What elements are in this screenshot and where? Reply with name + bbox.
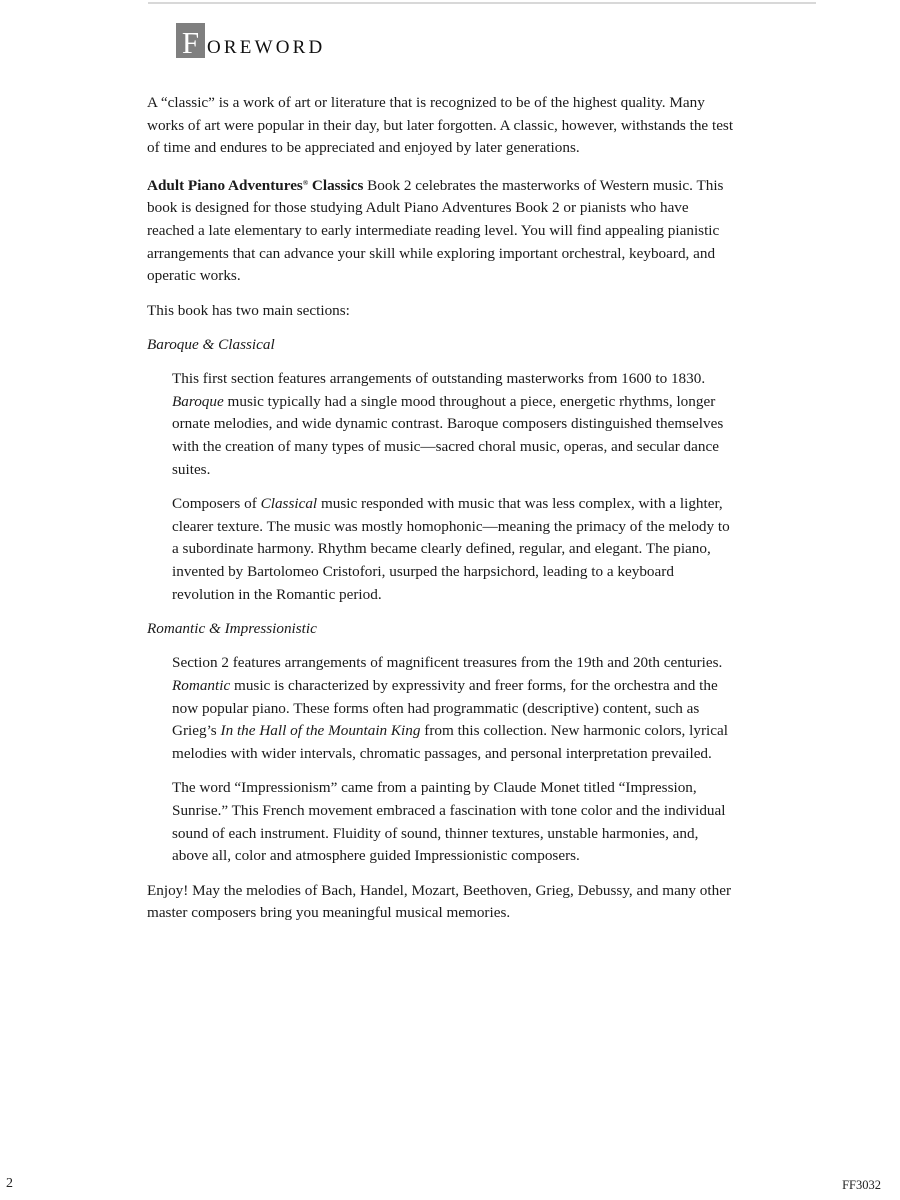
section-title-baroque-classical: Baroque & Classical (147, 334, 737, 357)
book-title: Adult Piano Adventures (147, 177, 303, 194)
top-rule (148, 2, 816, 4)
text-run: This first section features arrangements… (172, 370, 705, 387)
foreword-body: A “classic” is a work of art or literatu… (147, 92, 737, 937)
italic-work-title: In the Hall of the Mountain King (221, 722, 421, 739)
page-title-text: OREWORD (207, 38, 325, 58)
page-title: F OREWORD (176, 22, 325, 58)
text-run: music typically had a single mood throug… (172, 393, 723, 478)
dropcap-letter: F (176, 23, 205, 58)
italic-term-baroque: Baroque (172, 393, 224, 410)
text-run: Composers of (172, 495, 261, 512)
classical-paragraph: Composers of Classical music responded w… (147, 493, 737, 607)
impressionism-paragraph: The word “Impressionism” came from a pai… (147, 777, 737, 868)
italic-term-romantic: Romantic (172, 677, 230, 694)
closing-paragraph: Enjoy! May the melodies of Bach, Handel,… (147, 880, 737, 925)
intro-paragraph-2: Adult Piano Adventures® Classics Book 2 … (147, 172, 737, 289)
section-title-romantic-impressionistic: Romantic & Impressionistic (147, 618, 737, 641)
page-number: 2 (6, 1176, 13, 1192)
intro-paragraph-3: This book has two main sections: (147, 300, 737, 323)
text-run: Section 2 features arrangements of magni… (172, 654, 722, 671)
book-title-suffix: Classics (308, 177, 363, 194)
baroque-paragraph: This first section features arrangements… (147, 368, 737, 482)
catalog-code: FF3032 (842, 1178, 881, 1193)
italic-term-classical: Classical (261, 495, 318, 512)
romantic-paragraph: Section 2 features arrangements of magni… (147, 652, 737, 766)
intro-paragraph-1: A “classic” is a work of art or literatu… (147, 92, 737, 160)
